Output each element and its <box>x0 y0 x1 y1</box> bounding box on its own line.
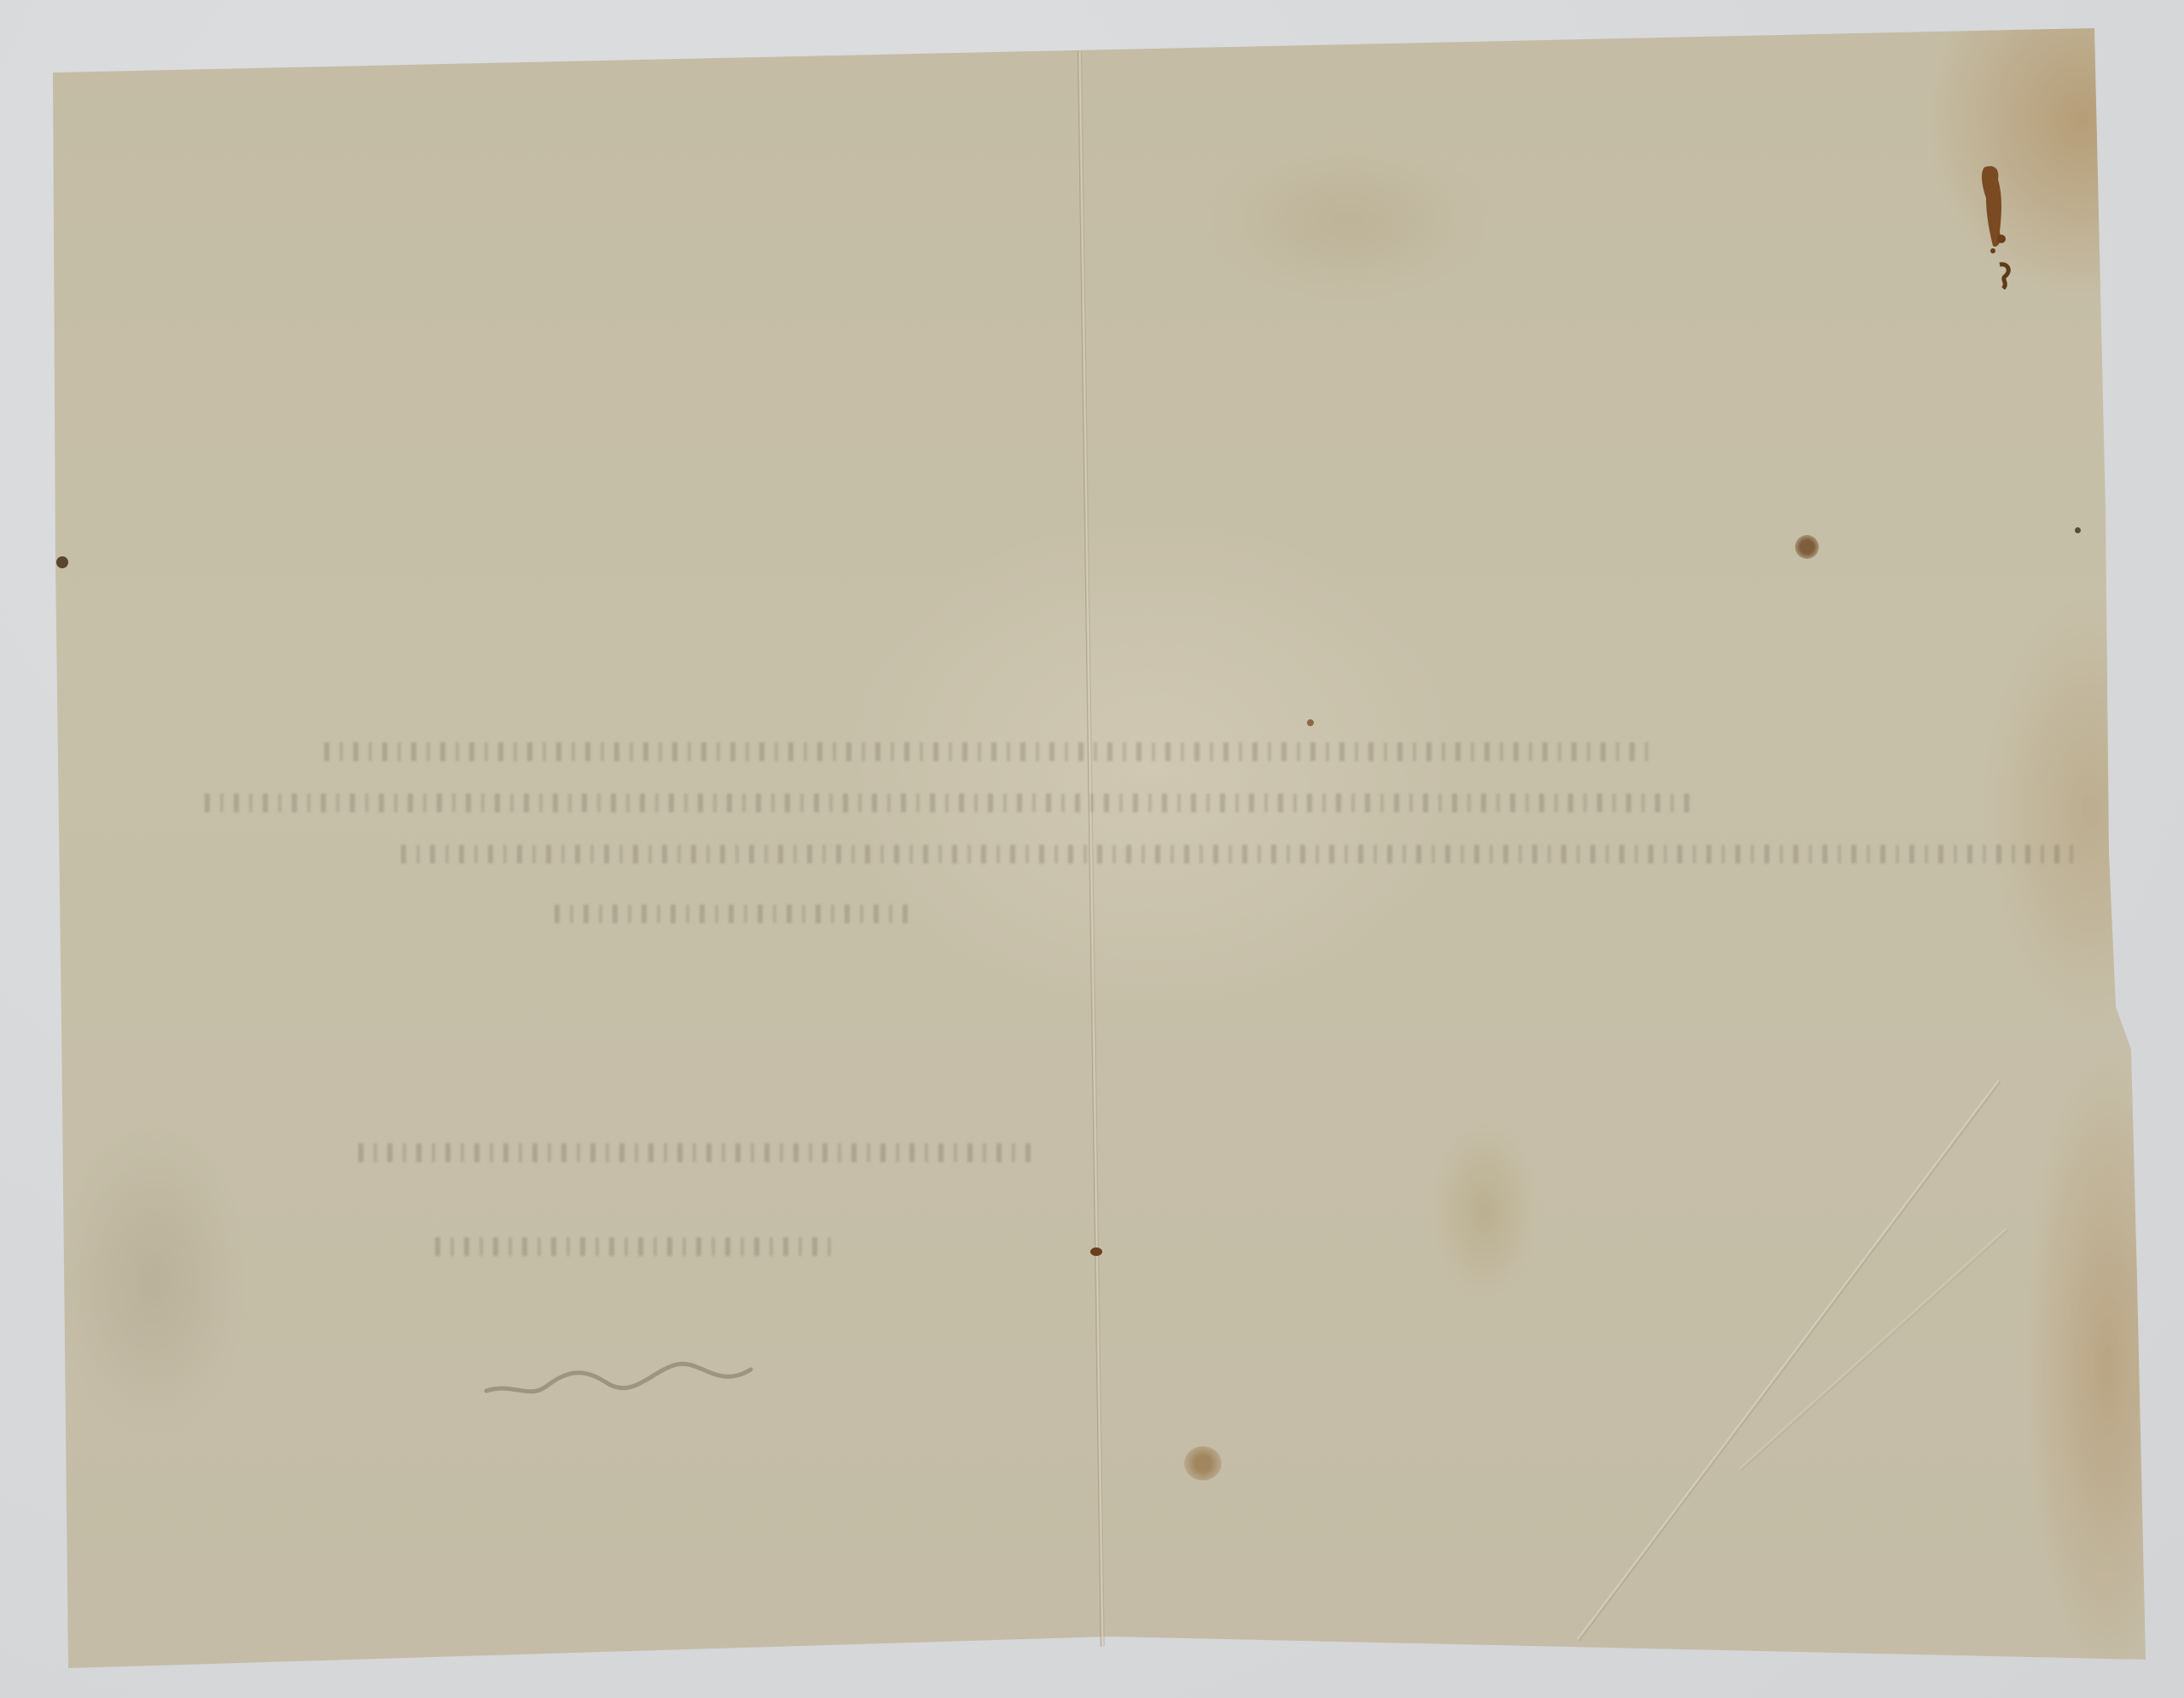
bleed-through-signature <box>478 1340 785 1408</box>
spot-stain <box>1307 719 1314 726</box>
bleed-through-text-line <box>358 1143 1041 1162</box>
spot-stain <box>1795 535 1819 559</box>
bleed-through-text-line <box>205 794 1689 812</box>
bleed-through-text-line <box>324 742 1655 761</box>
bleed-through-text-line <box>435 1237 836 1256</box>
spot-stain <box>1090 1247 1102 1256</box>
spot-stain <box>2075 527 2081 533</box>
spot-stain <box>56 556 68 568</box>
bleed-through-text-line <box>401 845 2073 864</box>
spot-stain <box>1184 1446 1222 1480</box>
bleed-through-text-line <box>555 904 913 923</box>
rust-stain <box>1978 164 2017 292</box>
